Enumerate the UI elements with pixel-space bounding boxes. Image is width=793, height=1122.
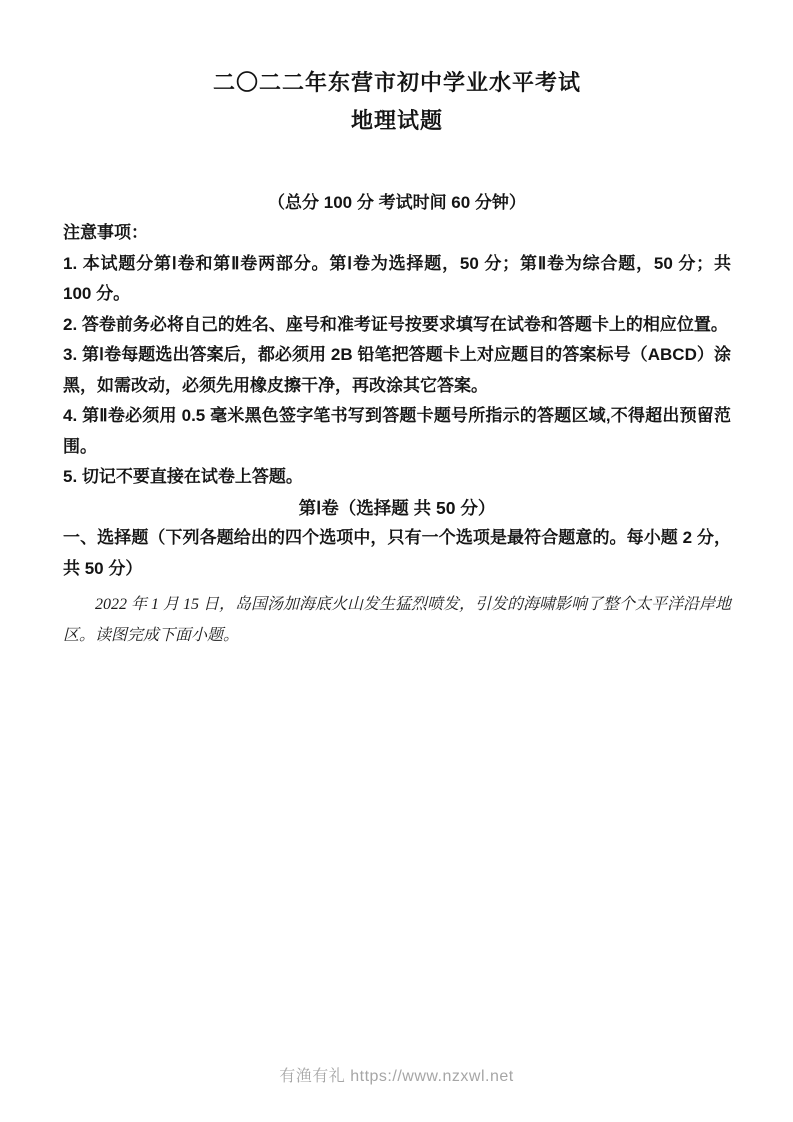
notice-heading: 注意事项：: [63, 218, 731, 249]
page-content: 二〇二二年东营市初中学业水平考试 地理试题 （总分 100 分 考试时间 60 …: [0, 0, 793, 651]
exam-subtitle: 地理试题: [63, 102, 731, 140]
notice-item-1: 1. 本试题分第Ⅰ卷和第Ⅱ卷两部分。第Ⅰ卷为选择题，50 分；第Ⅱ卷为综合题，5…: [63, 249, 731, 310]
exam-paper-page: 二〇二二年东营市初中学业水平考试 地理试题 （总分 100 分 考试时间 60 …: [0, 0, 793, 1122]
score-and-time-line: （总分 100 分 考试时间 60 分钟）: [63, 188, 731, 218]
footer-watermark: 有渔有礼 https://www.nzxwl.net: [0, 1063, 793, 1086]
notice-item-5: 5. 切记不要直接在试卷上答题。: [63, 462, 731, 493]
multiple-choice-intro: 一、选择题（下列各题给出的四个选项中，只有一个选项是最符合题意的。每小题 2 分…: [63, 523, 731, 584]
notice-item-3: 3. 第Ⅰ卷每题选出答案后，都必须用 2B 铅笔把答题卡上对应题目的答案标号（A…: [63, 340, 731, 401]
exam-title: 二〇二二年东营市初中学业水平考试: [63, 64, 731, 102]
notice-item-2: 2. 答卷前务必将自己的姓名、座号和准考证号按要求填写在试卷和答题卡上的相应位置…: [63, 310, 731, 341]
notice-item-4: 4. 第Ⅱ卷必须用 0.5 毫米黑色签字笔书写到答题卡题号所指示的答题区域,不得…: [63, 401, 731, 462]
question-passage: 2022 年 1 月 15 日，岛国汤加海底火山发生猛烈喷发，引发的海啸影响了整…: [63, 590, 731, 651]
section1-heading: 第Ⅰ卷（选择题 共 50 分）: [63, 493, 731, 524]
